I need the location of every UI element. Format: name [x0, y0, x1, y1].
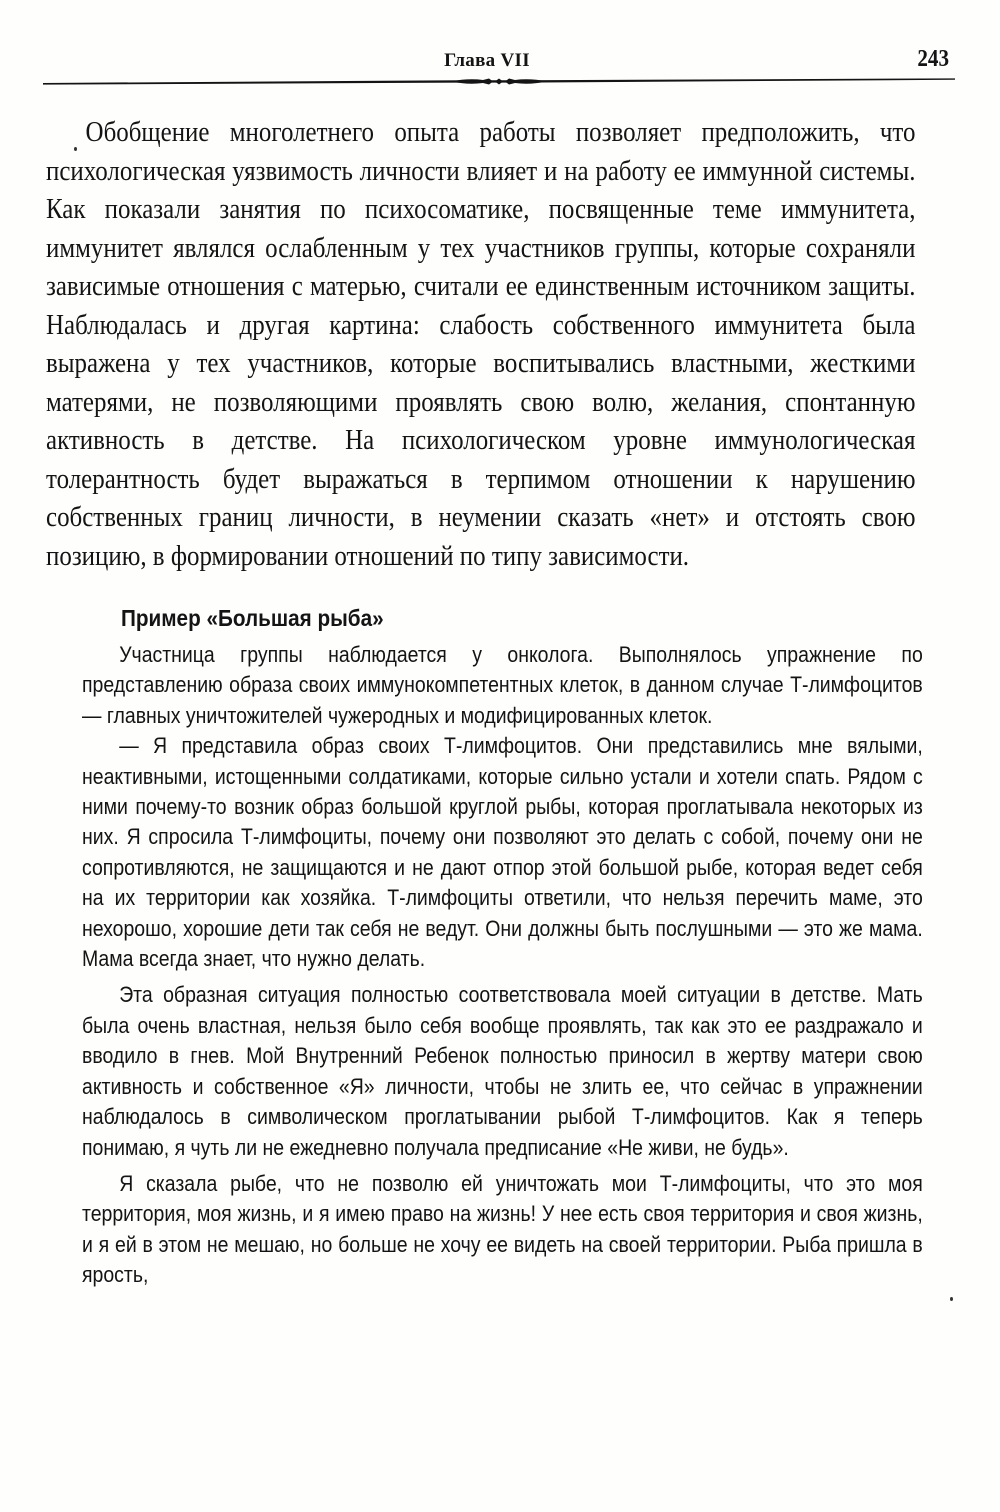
book-page: Глава VII 243 Обобщение многолетнего опы… — [0, 0, 1000, 1512]
scan-speck — [950, 1297, 953, 1301]
example-paragraph: — Я представила образ своих Т-лимфоцитов… — [82, 731, 923, 974]
page-number: 243 — [917, 46, 949, 73]
scan-speck — [74, 147, 77, 151]
example-paragraph: Участница группы наблюдается у онколога.… — [82, 640, 923, 731]
example-heading: Пример «Большая рыба» — [121, 605, 384, 632]
main-paragraph: Обобщение многолетнего опыта работы позв… — [46, 113, 915, 575]
example-text: Участница группы наблюдается у онколога.… — [82, 640, 923, 1291]
main-text: Обобщение многолетнего опыта работы позв… — [46, 113, 915, 575]
example-paragraph: Эта образная ситуация полностью соответс… — [82, 980, 923, 1162]
running-header: Глава VII 243 — [43, 48, 955, 84]
ornamental-rule-icon — [43, 75, 955, 89]
example-paragraph: Я сказала рыбе, что не позволю ей уничто… — [82, 1169, 923, 1291]
chapter-title: Глава VII — [31, 50, 943, 72]
